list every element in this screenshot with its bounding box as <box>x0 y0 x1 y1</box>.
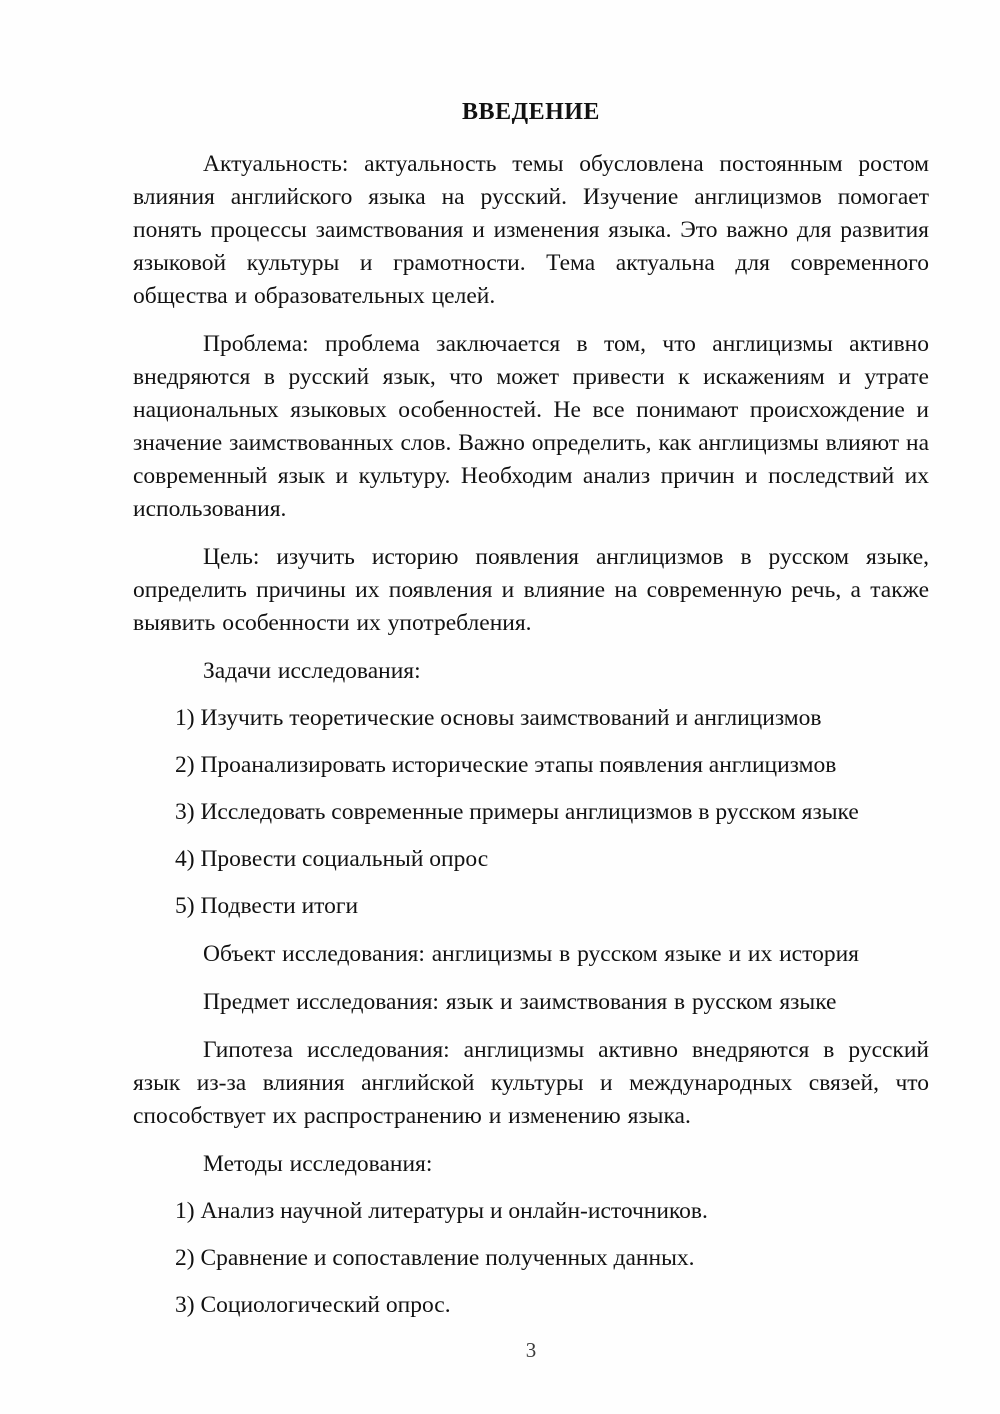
paragraph-hypothesis: Гипотеза исследования: англицизмы активн… <box>133 1034 929 1133</box>
tasks-heading: Задачи исследования: <box>133 655 929 688</box>
task-item-1: 1) Изучить теоретические основы заимство… <box>133 702 929 735</box>
paragraph-subject: Предмет исследования: язык и заимствован… <box>133 986 929 1019</box>
task-item-4: 4) Провести социальный опрос <box>133 843 929 876</box>
task-item-2: 2) Проанализировать исторические этапы п… <box>133 749 929 782</box>
task-item-3: 3) Исследовать современные примеры англи… <box>133 796 929 829</box>
method-item-1: 1) Анализ научной литературы и онлайн-ис… <box>133 1195 929 1228</box>
document-page: ВВЕДЕНИЕ Актуальность: актуальность темы… <box>0 0 1000 1414</box>
paragraph-problem: Проблема: проблема заключается в том, чт… <box>133 328 929 526</box>
methods-heading: Методы исследования: <box>133 1148 929 1181</box>
method-item-3: 3) Социологический опрос. <box>133 1289 929 1322</box>
page-title: ВВЕДЕНИЕ <box>133 96 929 129</box>
method-item-2: 2) Сравнение и сопоставление полученных … <box>133 1242 929 1275</box>
task-item-5: 5) Подвести итоги <box>133 890 929 923</box>
page-number: 3 <box>133 1334 929 1367</box>
paragraph-object: Объект исследования: англицизмы в русско… <box>133 938 929 971</box>
paragraph-goal: Цель: изучить историю появления англициз… <box>133 541 929 640</box>
paragraph-actuality: Актуальность: актуальность темы обусловл… <box>133 148 929 313</box>
